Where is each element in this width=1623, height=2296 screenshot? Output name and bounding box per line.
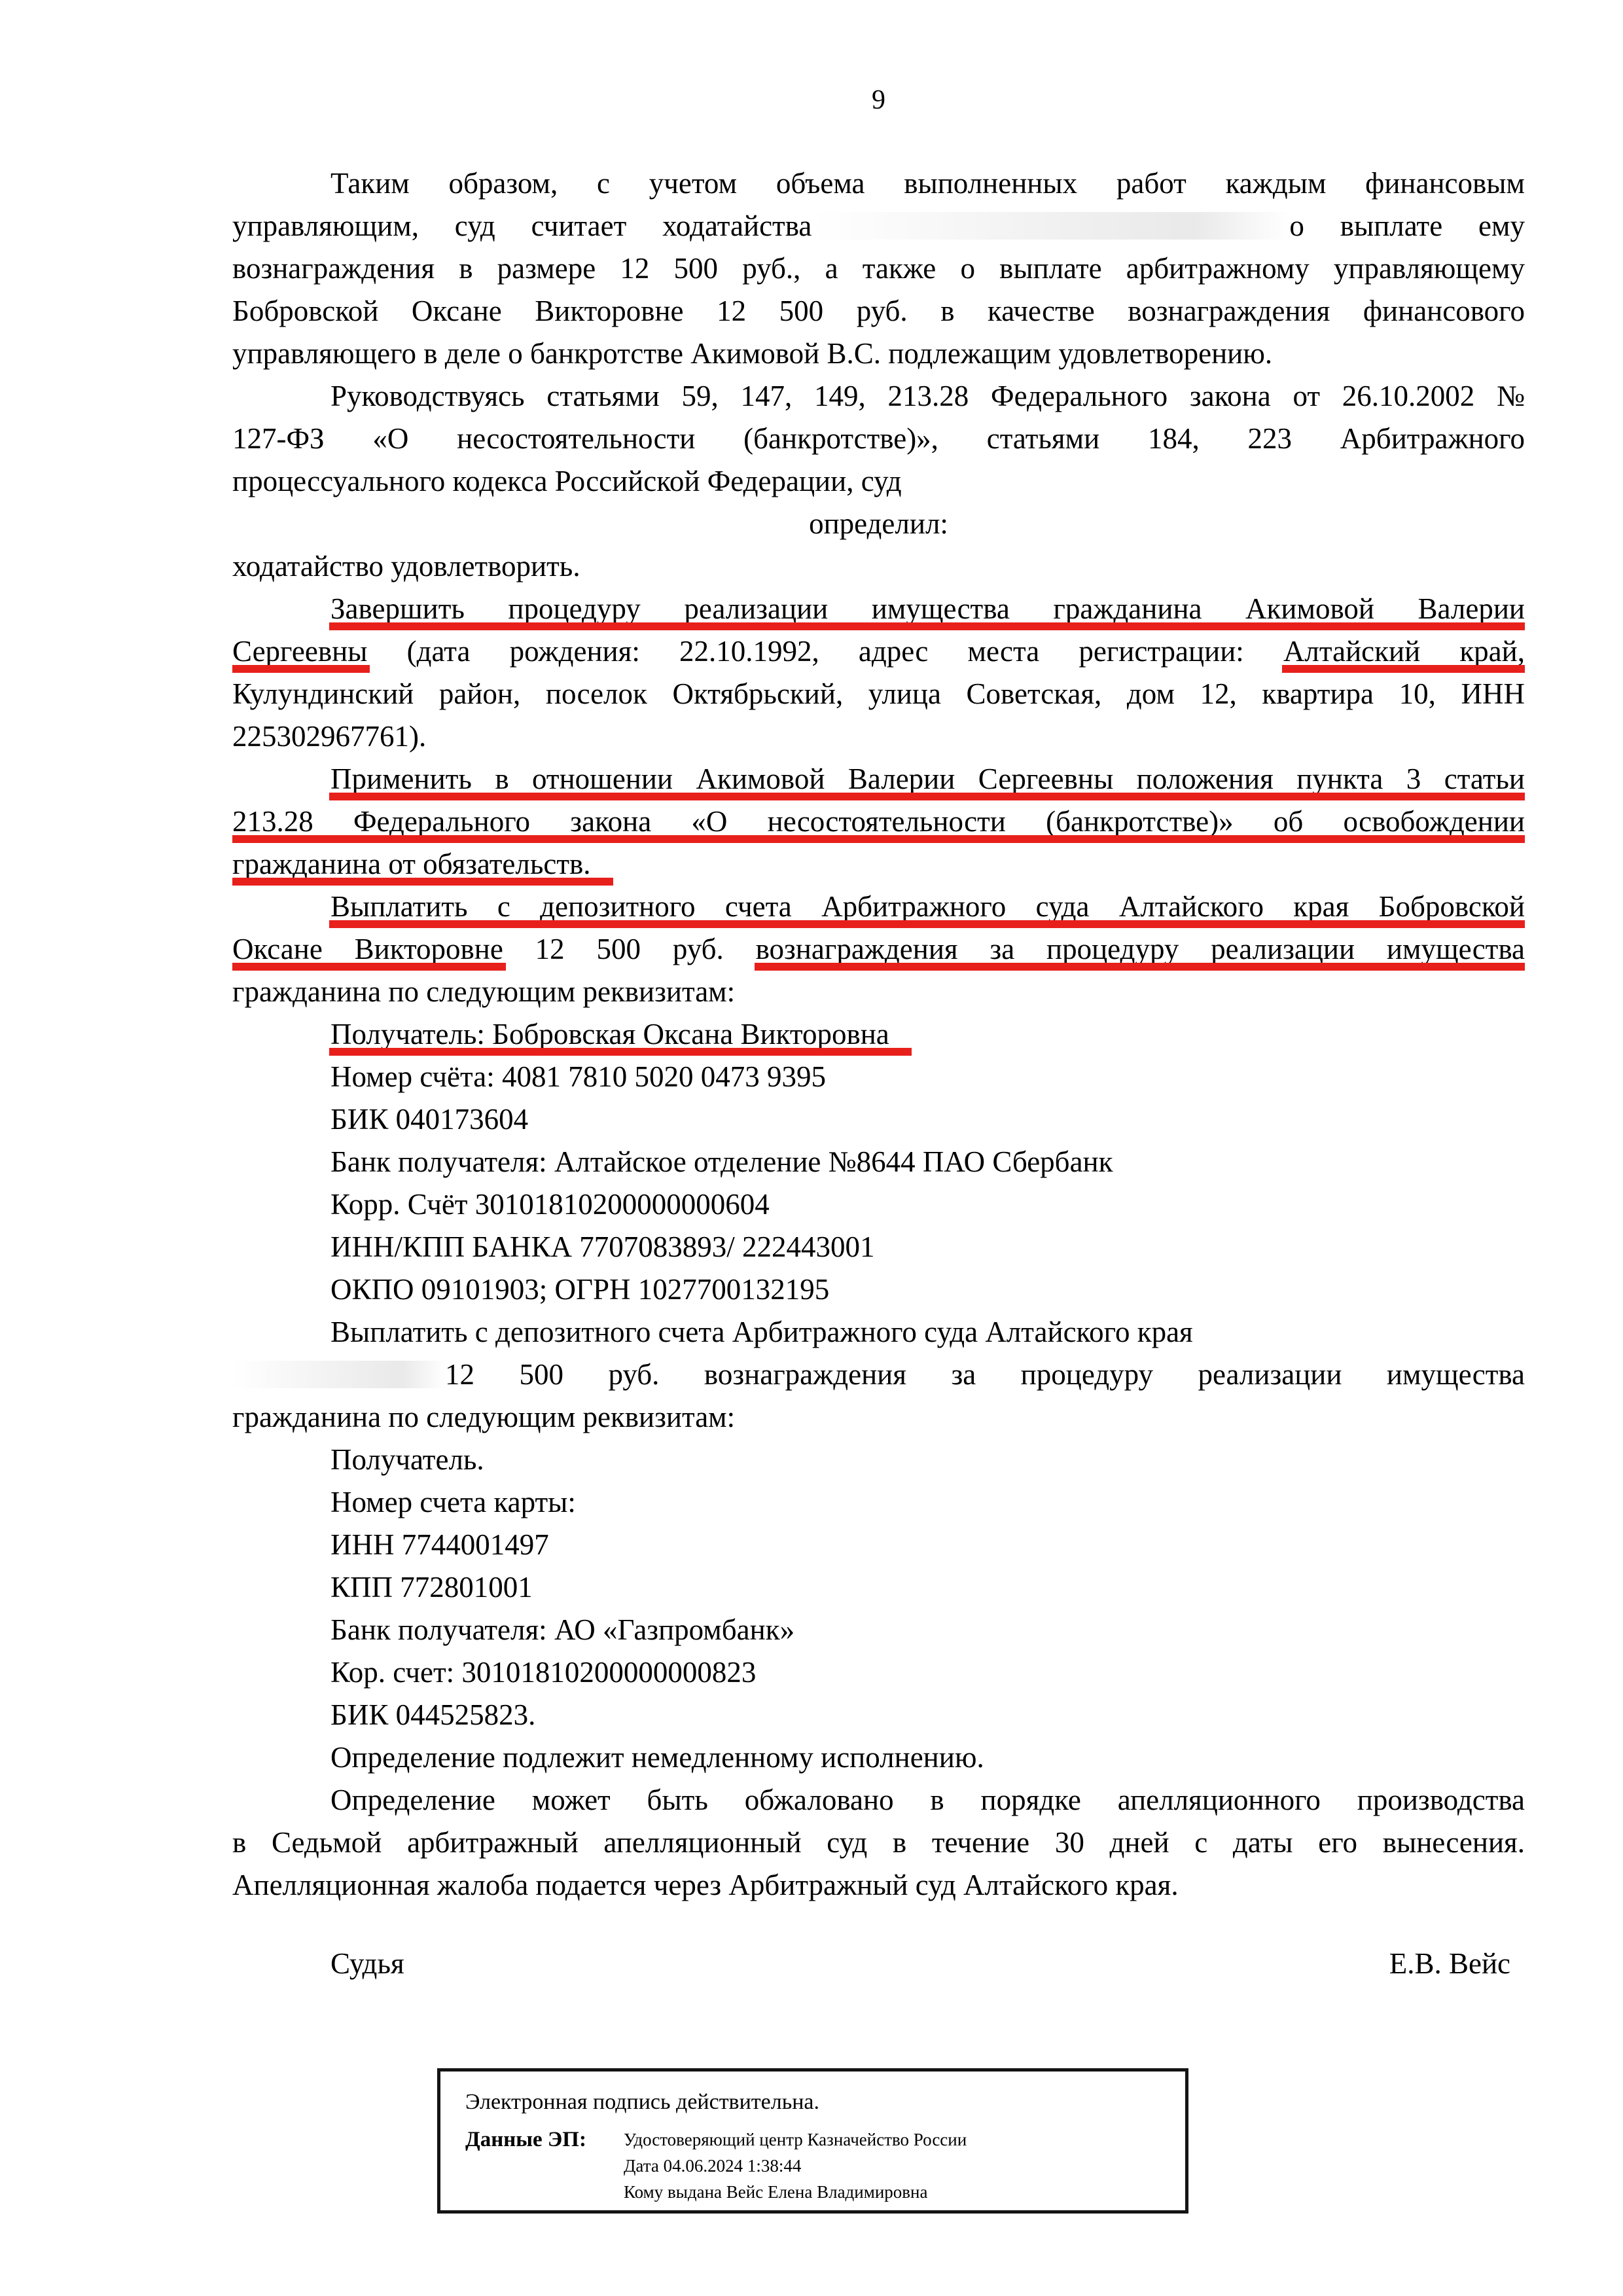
underlined-text: 213.28 Федерального закона «О несостояте… (232, 805, 1525, 838)
document-line: ходатайство удовлетворить. (232, 545, 1525, 588)
document-lines: Таким образом, с учетом объема выполненн… (232, 162, 1525, 1907)
document-line: КПП 772801001 (232, 1566, 1525, 1609)
redaction-gap (232, 1361, 445, 1388)
document-line: Банк получателя: АО «Газпромбанк» (232, 1609, 1525, 1651)
text-segment: ИНН/КПП БАНКА 7707083893/ 222443001 (330, 1230, 875, 1263)
underlined-text: Завершить процедуру реализации имущества… (330, 592, 1525, 625)
text-segment: управляющего в деле о банкротстве Акимов… (232, 337, 1272, 370)
redaction-gap (811, 212, 1289, 240)
page-number: 9 (232, 84, 1525, 117)
text-segment: 12 500 руб. вознаграждения за процедуру … (445, 1358, 1525, 1391)
signature-detail-line: Кому выдана Вейс Елена Владимировна (624, 2179, 967, 2205)
text-segment: процессуального кодекса Российской Федер… (232, 465, 902, 497)
underlined-text: Выплатить с депозитного счета Арбитражно… (330, 890, 1525, 923)
document-line: Получатель. (232, 1439, 1525, 1481)
underlined-text: Применить в отношении Акимовой Валерии С… (330, 762, 1525, 795)
document-line: Применить в отношении Акимовой Валерии С… (232, 758, 1525, 800)
document-line: БИК 044525823. (232, 1694, 1525, 1736)
document-line: 12 500 руб. вознаграждения за процедуру … (232, 1354, 1525, 1396)
document-line: Оксане Викторовне 12 500 руб. вознагражд… (232, 928, 1525, 971)
document-line: 225302967761). (232, 715, 1525, 758)
judge-name: Е.В. Вейс (1389, 1943, 1510, 1985)
document-line: Сергеевны (дата рождения: 22.10.1992, ад… (232, 630, 1525, 673)
document-line: определил: (232, 503, 1525, 545)
signature-stamp-details: Удостоверяющий центр Казначейство России… (624, 2126, 967, 2205)
text-segment: Кор. счет: 30101810200000000823 (330, 1656, 756, 1689)
underlined-text: Оксане Викторовне (232, 933, 503, 965)
text-segment: Бобровской Оксане Викторовне 12 500 руб.… (232, 295, 1525, 327)
document-line: БИК 040173604 (232, 1098, 1525, 1141)
text-segment: Номер счета карты: (330, 1486, 576, 1518)
text-segment: Банк получателя: АО «Газпромбанк» (330, 1613, 794, 1646)
judge-signature-row: Судья Е.В. Вейс (232, 1943, 1525, 1985)
underlined-text: Алтайский край, (1283, 635, 1525, 668)
document-line: Таким образом, с учетом объема выполненн… (232, 162, 1525, 205)
text-segment: 225302967761). (232, 720, 426, 753)
text-segment: гражданина по следующим реквизитам: (232, 1401, 735, 1433)
document-line: Завершить процедуру реализации имущества… (232, 588, 1525, 630)
signature-valid-text: Электронная подпись действительна. (465, 2086, 1172, 2119)
document-line: Определение может быть обжаловано в поря… (232, 1779, 1525, 1821)
document-line: управляющего в деле о банкротстве Акимов… (232, 332, 1525, 375)
signature-detail-line: Удостоверяющий центр Казначейство России (624, 2126, 967, 2153)
document-line: ИНН/КПП БАНКА 7707083893/ 222443001 (232, 1226, 1525, 1268)
text-segment: Руководствуясь статьями 59, 147, 149, 21… (330, 380, 1525, 412)
text-segment: Определение подлежит немедленному исполн… (330, 1741, 984, 1774)
document-line: ОКПО 09101903; ОГРН 1027700132195 (232, 1268, 1525, 1311)
text-segment: КПП 772801001 (330, 1571, 533, 1604)
text-segment: Корр. Счёт 30101810200000000604 (330, 1188, 770, 1221)
text-segment: Определение может быть обжаловано в поря… (330, 1784, 1525, 1816)
document-line: управляющим, суд считает ходатайствао вы… (232, 205, 1525, 247)
signature-data-label: Данные ЭП: (465, 2126, 624, 2205)
electronic-signature-stamp: Электронная подпись действительна. Данны… (437, 2068, 1188, 2214)
text-segment: гражданина по следующим реквизитам: (232, 975, 735, 1008)
underlined-text: Получатель: Бобровская Оксана Викторовна (330, 1018, 889, 1050)
text-segment: определил: (809, 507, 948, 540)
text-segment: ОКПО 09101903; ОГРН 1027700132195 (330, 1273, 829, 1306)
text-segment: Таким образом, с учетом объема выполненн… (330, 167, 1525, 200)
document-line: Номер счета карты: (232, 1481, 1525, 1524)
judge-label: Судья (330, 1943, 404, 1985)
text-segment: БИК 040173604 (330, 1103, 528, 1136)
underlined-text: Сергеевны (232, 635, 367, 668)
text-segment: ходатайство удовлетворить. (232, 550, 580, 583)
document-line: Банк получателя: Алтайское отделение №86… (232, 1141, 1525, 1183)
text-segment: в Седьмой арбитражный апелляционный суд … (232, 1826, 1525, 1859)
document-line: Кулундинский район, поселок Октябрьский,… (232, 673, 1525, 715)
document-line: Кор. счет: 30101810200000000823 (232, 1651, 1525, 1694)
document-line: Выплатить с депозитного счета Арбитражно… (232, 886, 1525, 928)
document-line: процессуального кодекса Российской Федер… (232, 460, 1525, 503)
signature-data-row: Данные ЭП: Удостоверяющий центр Казначей… (465, 2126, 1172, 2205)
text-segment: 12 500 руб. (503, 933, 756, 965)
document-line: 127-ФЗ «О несостоятельности (банкротстве… (232, 418, 1525, 460)
document-line: гражданина по следующим реквизитам: (232, 1396, 1525, 1439)
text-segment: вознаграждения в размере 12 500 руб., а … (232, 252, 1525, 285)
document-line: Бобровской Оксане Викторовне 12 500 руб.… (232, 290, 1525, 332)
document-line: Номер счёта: 4081 7810 5020 0473 9395 (232, 1056, 1525, 1098)
document-line: 213.28 Федерального закона «О несостояте… (232, 800, 1525, 843)
document-line: Выплатить с депозитного счета Арбитражно… (232, 1311, 1525, 1354)
text-segment: 127-ФЗ «О несостоятельности (банкротстве… (232, 422, 1525, 455)
document-line: гражданина от обязательств. (232, 843, 1525, 886)
text-segment: БИК 044525823. (330, 1698, 535, 1731)
document-line: вознаграждения в размере 12 500 руб., а … (232, 247, 1525, 290)
document-line: Апелляционная жалоба подается через Арби… (232, 1864, 1525, 1907)
text-segment: Получатель. (330, 1443, 484, 1476)
document-line: Определение подлежит немедленному исполн… (232, 1736, 1525, 1779)
document-line: Корр. Счёт 30101810200000000604 (232, 1183, 1525, 1226)
text-segment: Выплатить с депозитного счета Арбитражно… (330, 1316, 1193, 1348)
text-segment: Номер счёта: 4081 7810 5020 0473 9395 (330, 1060, 826, 1093)
text-segment: Кулундинский район, поселок Октябрьский,… (232, 677, 1525, 710)
signature-detail-line: Дата 04.06.2024 1:38:44 (624, 2153, 967, 2179)
document-line: ИНН 7744001497 (232, 1524, 1525, 1566)
text-segment: (дата рождения: 22.10.1992, адрес места … (367, 635, 1283, 668)
underlined-text: вознаграждения за процедуру реализации и… (756, 933, 1525, 965)
document-line: в Седьмой арбитражный апелляционный суд … (232, 1821, 1525, 1864)
document-page: 9 Таким образом, с учетом объема выполне… (0, 0, 1623, 2296)
text-segment: Банк получателя: Алтайское отделение №86… (330, 1145, 1113, 1178)
document-line: гражданина по следующим реквизитам: (232, 971, 1525, 1013)
text-segment: управляющим, суд считает ходатайства (232, 209, 811, 242)
underlined-text: гражданина от обязательств. (232, 848, 591, 880)
text-segment: Апелляционная жалоба подается через Арби… (232, 1869, 1179, 1901)
text-segment: ИНН 7744001497 (330, 1528, 549, 1561)
document-line: Получатель: Бобровская Оксана Викторовна (232, 1013, 1525, 1056)
document-line: Руководствуясь статьями 59, 147, 149, 21… (232, 375, 1525, 418)
text-segment: о выплате ему (1289, 209, 1525, 242)
